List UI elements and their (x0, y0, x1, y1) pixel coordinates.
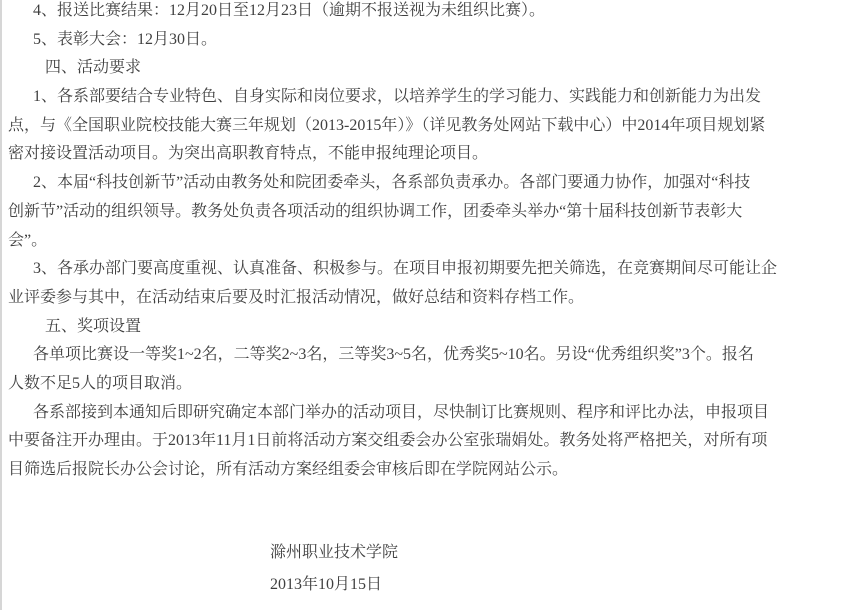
document-line: 4、报送比赛结果：12月20日至12月23日（逾期不报送视为未组织比赛）。 (8, 0, 838, 26)
document-line: 中要备注开办理由。于2013年11月1日前将活动方案交组委会办公室张瑞娟处。教务… (8, 427, 838, 456)
document-line: 5、表彰大会：12月30日。 (8, 26, 838, 55)
page-left-edge-divider (0, 0, 2, 610)
document-page: 4、报送比赛结果：12月20日至12月23日（逾期不报送视为未组织比赛）。5、表… (0, 0, 842, 610)
document-line: 密对接设置活动项目。为突出高职教育特点，不能申报纯理论项目。 (8, 140, 838, 169)
document-line: 人数不足5人的项目取消。 (8, 370, 838, 399)
document-line: 1、各系部要结合专业特色、自身实际和岗位要求，以培养学生的学习能力、实践能力和创… (8, 83, 838, 112)
signature-date: 2013年10月15日 (270, 576, 398, 593)
signature-block: 滁州职业技术学院 2013年10月15日 (270, 544, 398, 593)
document-line: 业评委参与其中，在活动结束后要及时汇报活动情况，做好总结和资料存档工作。 (8, 284, 838, 313)
signature-organization: 滁州职业技术学院 (270, 544, 398, 561)
document-line: 创新节”活动的组织领导。教务处负责各项活动的组织协调工作，团委牵头举办“第十届科… (8, 198, 838, 227)
document-line: 各系部接到本通知后即研究确定本部门举办的活动项目，尽快制订比赛规则、程序和评比办… (8, 399, 838, 428)
document-line: 各单项比赛设一等奖1~2名，二等奖2~3名，三等奖3~5名，优秀奖5~10名。另… (8, 341, 838, 370)
document-line: 点，与《全国职业院校技能大赛三年规划（2013-2015年）》（详见教务处网站下… (8, 112, 838, 141)
document-line: 会”。 (8, 227, 838, 256)
document-line: 2、本届“科技创新节”活动由教务处和院团委牵头，各系部负责承办。各部门要通力协作… (8, 169, 838, 198)
document-line: 五、奖项设置 (8, 313, 838, 342)
document-line: 四、活动要求 (8, 54, 838, 83)
document-line: 目筛选后报院长办公会讨论，所有活动方案经组委会审核后即在学院网站公示。 (8, 456, 838, 485)
document-body: 4、报送比赛结果：12月20日至12月23日（逾期不报送视为未组织比赛）。5、表… (8, 0, 838, 485)
document-line: 3、各承办部门要高度重视、认真准备、积极参与。在项目申报初期要先把关筛选，在竞赛… (8, 255, 838, 284)
